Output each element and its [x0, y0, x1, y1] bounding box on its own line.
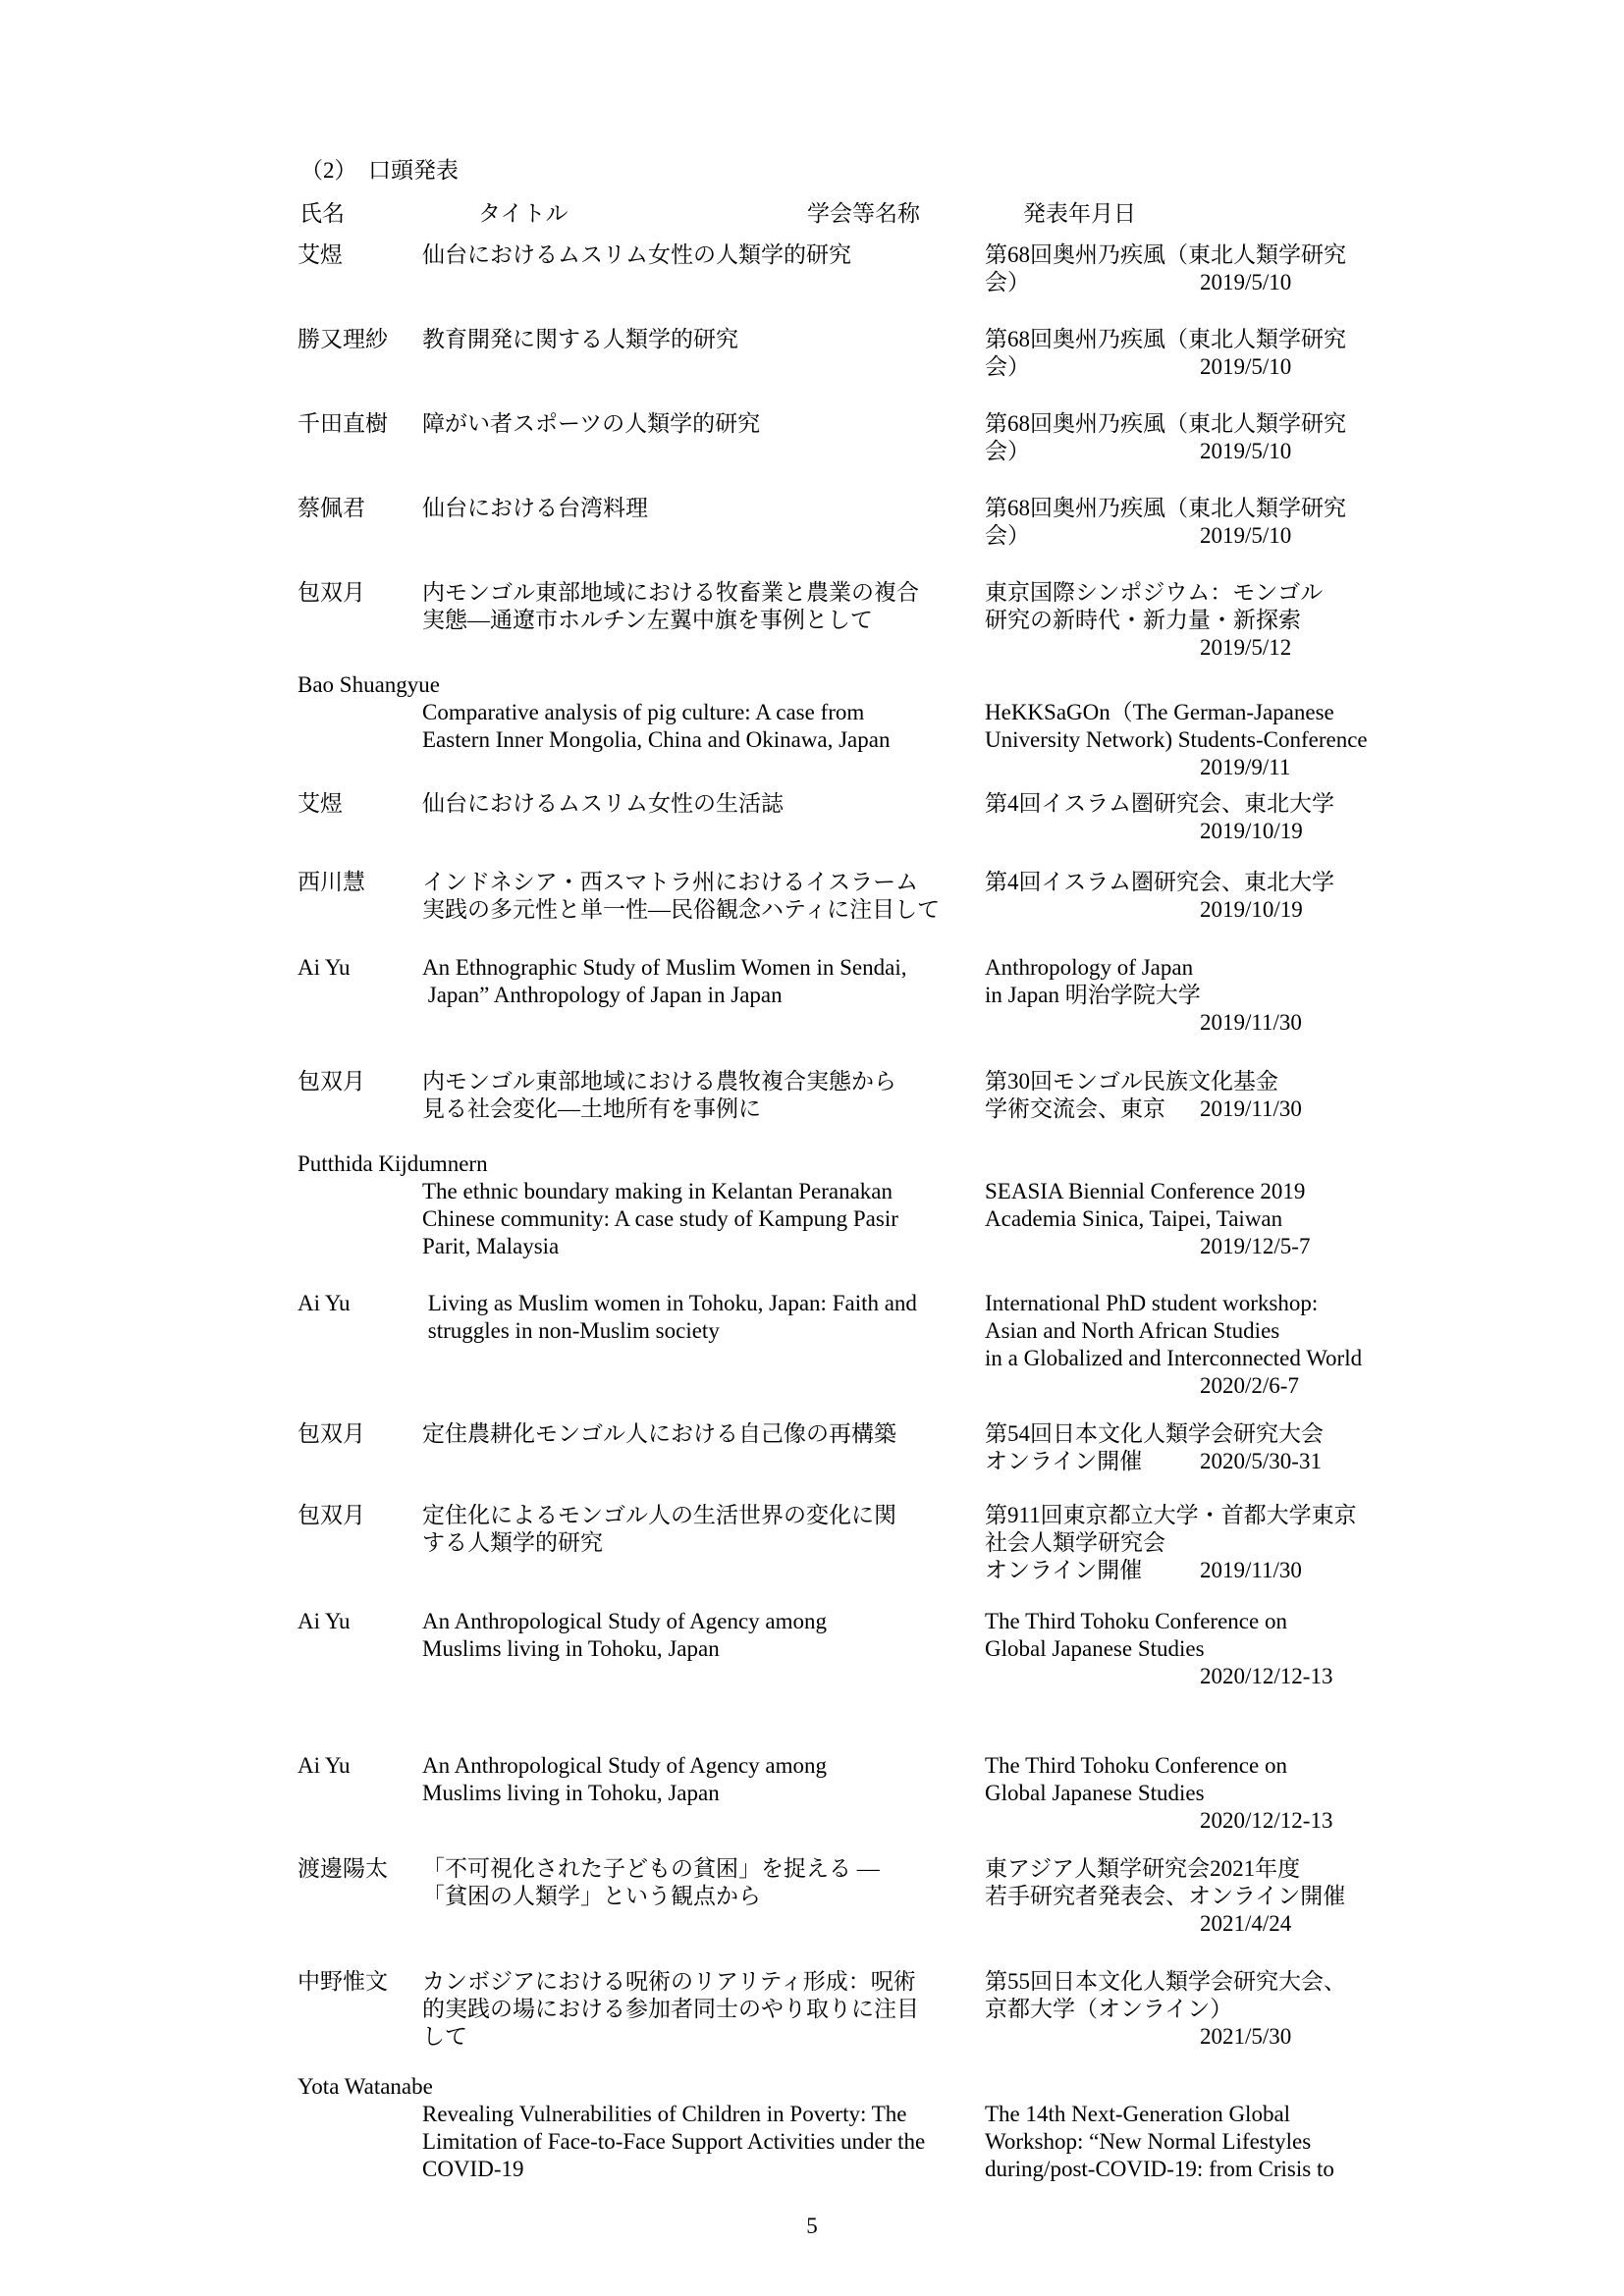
venue-line: Academia Sinica, Taipei, Taiwan: [985, 1205, 1446, 1233]
presenter-name: 包双月: [298, 579, 365, 607]
title-line: 内モンゴル東部地域における牧畜業と農業の複合: [422, 579, 987, 607]
presentation-date: 2020/5/30-31: [1200, 1448, 1322, 1475]
venue-line: SEASIA Biennial Conference 2019: [985, 1178, 1446, 1205]
title-line: 見る社会変化―土地所有を事例に: [422, 1095, 987, 1123]
title-line: The ethnic boundary making in Kelantan P…: [422, 1178, 987, 1205]
title-line: カンボジアにおける呪術のリアリティ形成：呪術: [422, 1968, 987, 1996]
title-cell: Revealing Vulnerabilities of Children in…: [422, 2101, 987, 2183]
venue-line: in a Globalized and Interconnected World: [985, 1345, 1446, 1372]
venue-cell: The Third Tohoku Conference onGlobal Jap…: [985, 1608, 1446, 1690]
venue-line: Anthropology of Japan: [985, 954, 1446, 982]
title-cell: 定住農耕化モンゴル人における自己像の再構築: [422, 1420, 987, 1448]
venue-line: 東アジア人類学研究会2021年度: [985, 1855, 1446, 1883]
title-cell: 障がい者スポーツの人類学的研究: [422, 410, 987, 438]
venue-cell: 第30回モンゴル民族文化基金学術交流会、東京2019/11/30: [985, 1068, 1446, 1123]
presentation-date: 2019/5/10: [1200, 353, 1291, 381]
presentation-date: 2021/4/24: [985, 1910, 1446, 1938]
title-cell: 内モンゴル東部地域における農牧複合実態から見る社会変化―土地所有を事例に: [422, 1068, 987, 1123]
presenter-name: Putthida Kijdumnern: [298, 1150, 488, 1178]
title-line: An Ethnographic Study of Muslim Women in…: [422, 954, 987, 982]
venue-cell: 第55回日本文化人類学会研究大会、京都大学（オンライン）2021/5/30: [985, 1968, 1446, 2051]
venue-line: 会）2019/5/10: [985, 522, 1446, 550]
presentation-date: 2019/9/11: [985, 754, 1446, 781]
venue-cell: Anthropology of Japanin Japan 明治学院大学2019…: [985, 954, 1446, 1037]
title-line: Chinese community: A case study of Kampu…: [422, 1205, 987, 1233]
venue-line: HeKKSaGOn（The German-Japanese: [985, 699, 1446, 726]
title-line: struggles in non-Muslim society: [422, 1317, 987, 1345]
title-cell: 仙台におけるムスリム女性の人類学的研究: [422, 241, 987, 269]
rows-layer: 艾煜 仙台におけるムスリム女性の人類学的研究 第68回奥州乃疾風（東北人類学研究…: [0, 0, 1624, 2296]
presenter-name: Ai Yu: [298, 1608, 350, 1635]
venue-line: 第55回日本文化人類学会研究大会、: [985, 1968, 1446, 1996]
title-cell: カンボジアにおける呪術のリアリティ形成：呪術的実践の場における参加者同士のやり取…: [422, 1968, 987, 2051]
venue-line: Global Japanese Studies: [985, 1635, 1446, 1663]
venue-cell: The Third Tohoku Conference onGlobal Jap…: [985, 1752, 1446, 1835]
venue-cell: 東アジア人類学研究会2021年度若手研究者発表会、オンライン開催2021/4/2…: [985, 1855, 1446, 1938]
venue-line: 第30回モンゴル民族文化基金: [985, 1068, 1446, 1095]
title-line: 仙台におけるムスリム女性の人類学的研究: [422, 241, 987, 269]
title-line: An Anthropological Study of Agency among: [422, 1608, 987, 1635]
title-cell: Living as Muslim women in Tohoku, Japan:…: [422, 1290, 987, 1345]
venue-cell: 第68回奥州乃疾風（東北人類学研究会）2019/5/10: [985, 241, 1446, 296]
presenter-name: Ai Yu: [298, 1752, 350, 1780]
presentation-date: 2019/10/19: [985, 818, 1446, 845]
title-line: 的実践の場における参加者同士のやり取りに注目: [422, 1996, 987, 2023]
venue-cell: 第68回奥州乃疾風（東北人類学研究会）2019/5/10: [985, 410, 1446, 465]
venue-line: オンライン開催2019/11/30: [985, 1557, 1446, 1584]
venue-line: 社会人類学研究会: [985, 1529, 1446, 1557]
venue-line: 京都大学（オンライン）: [985, 1996, 1446, 2023]
venue-line: 東京国際シンポジウム：モンゴル: [985, 579, 1446, 607]
presenter-name: 中野惟文: [298, 1968, 388, 1996]
presenter-name: 千田直樹: [298, 410, 388, 438]
title-cell: 教育開発に関する人類学的研究: [422, 326, 987, 353]
title-line: 教育開発に関する人類学的研究: [422, 326, 987, 353]
venue-line: 第54回日本文化人類学会研究大会: [985, 1420, 1446, 1448]
title-line: Revealing Vulnerabilities of Children in…: [422, 2101, 987, 2128]
title-line: 「不可視化された子どもの貧困」を捉える ―: [422, 1855, 987, 1883]
title-cell: Comparative analysis of pig culture: A c…: [422, 699, 987, 754]
venue-line: 若手研究者発表会、オンライン開催: [985, 1883, 1446, 1910]
presenter-name: Yota Watanabe: [298, 2073, 433, 2101]
venue-cell: 第54回日本文化人類学会研究大会オンライン開催2020/5/30-31: [985, 1420, 1446, 1475]
venue-cell: 第911回東京都立大学・首都大学東京社会人類学研究会オンライン開催2019/11…: [985, 1502, 1446, 1584]
presenter-name: 艾煜: [298, 241, 343, 269]
venue-line: The Third Tohoku Conference on: [985, 1752, 1446, 1780]
venue-line: 第68回奥州乃疾風（東北人類学研究: [985, 410, 1446, 438]
venue-cell: 東京国際シンポジウム：モンゴル研究の新時代・新力量・新探索2019/5/12: [985, 579, 1446, 662]
venue-line: The 14th Next-Generation Global: [985, 2101, 1446, 2128]
presentation-date: 2019/10/19: [985, 896, 1446, 924]
presenter-name: 包双月: [298, 1068, 365, 1095]
presentation-date: 2019/5/10: [1200, 438, 1291, 465]
venue-line: 研究の新時代・新力量・新探索: [985, 607, 1446, 634]
presenter-name: 西川慧: [298, 869, 365, 896]
presenter-name: Ai Yu: [298, 1290, 350, 1317]
presenter-name: 艾煜: [298, 790, 343, 818]
title-line: Limitation of Face-to-Face Support Activ…: [422, 2128, 987, 2156]
title-line: する人類学的研究: [422, 1529, 987, 1557]
presenter-name: 包双月: [298, 1420, 365, 1448]
title-line: Muslims living in Tohoku, Japan: [422, 1635, 987, 1663]
presenter-name: 渡邊陽太: [298, 1855, 388, 1883]
presenter-name: 勝又理紗: [298, 326, 388, 353]
title-cell: インドネシア・西スマトラ州におけるイスラーム実践の多元性と単一性―民俗観念ハティ…: [422, 869, 987, 924]
venue-cell: International PhD student workshop:Asian…: [985, 1290, 1446, 1400]
presenter-name: 蔡佩君: [298, 495, 365, 522]
presenter-name: 包双月: [298, 1502, 365, 1529]
title-line: Parit, Malaysia: [422, 1233, 987, 1260]
venue-cell: 第68回奥州乃疾風（東北人類学研究会）2019/5/10: [985, 326, 1446, 381]
title-line: インドネシア・西スマトラ州におけるイスラーム: [422, 869, 987, 896]
venue-line: 会）2019/5/10: [985, 353, 1446, 381]
title-line: Eastern Inner Mongolia, China and Okinaw…: [422, 726, 987, 754]
venue-line: The Third Tohoku Conference on: [985, 1608, 1446, 1635]
title-cell: 定住化によるモンゴル人の生活世界の変化に関する人類学的研究: [422, 1502, 987, 1557]
title-cell: 仙台における台湾料理: [422, 495, 987, 522]
presentation-date: 2019/5/10: [1200, 269, 1291, 296]
presentation-date: 2021/5/30: [985, 2023, 1446, 2051]
presentation-date: 2019/5/12: [985, 634, 1446, 662]
title-cell: An Anthropological Study of Agency among…: [422, 1752, 987, 1807]
presenter-name: Bao Shuangyue: [298, 671, 440, 699]
venue-line: 第68回奥州乃疾風（東北人類学研究: [985, 326, 1446, 353]
presentation-date: 2020/12/12-13: [985, 1663, 1446, 1690]
title-line: Japan” Anthropology of Japan in Japan: [422, 982, 987, 1009]
title-line: 定住農耕化モンゴル人における自己像の再構築: [422, 1420, 987, 1448]
title-cell: 仙台におけるムスリム女性の生活誌: [422, 790, 987, 818]
venue-line: 第4回イスラム圏研究会、東北大学: [985, 869, 1446, 896]
title-line: COVID-19: [422, 2156, 987, 2183]
venue-line: International PhD student workshop:: [985, 1290, 1446, 1317]
venue-line: Global Japanese Studies: [985, 1780, 1446, 1807]
title-line: 内モンゴル東部地域における農牧複合実態から: [422, 1068, 987, 1095]
presentation-date: 2020/12/12-13: [985, 1807, 1446, 1835]
venue-line: 第911回東京都立大学・首都大学東京: [985, 1502, 1446, 1529]
venue-cell: 第4回イスラム圏研究会、東北大学2019/10/19: [985, 869, 1446, 924]
presenter-name: Ai Yu: [298, 954, 350, 982]
venue-cell: 第68回奥州乃疾風（東北人類学研究会）2019/5/10: [985, 495, 1446, 550]
title-line: 障がい者スポーツの人類学的研究: [422, 410, 987, 438]
title-line: 「貧困の人類学」という観点から: [422, 1883, 987, 1910]
page-number: 5: [0, 2213, 1624, 2240]
venue-cell: SEASIA Biennial Conference 2019Academia …: [985, 1178, 1446, 1260]
venue-line: Workshop: “New Normal Lifestyles: [985, 2128, 1446, 2156]
title-line: Living as Muslim women in Tohoku, Japan:…: [422, 1290, 987, 1317]
title-line: して: [422, 2023, 987, 2051]
title-line: 実態―通遼市ホルチン左翼中旗を事例として: [422, 607, 987, 634]
venue-line: 第4回イスラム圏研究会、東北大学: [985, 790, 1446, 818]
presentation-date: 2019/11/30: [1200, 1095, 1302, 1123]
venue-line: 学術交流会、東京2019/11/30: [985, 1095, 1446, 1123]
venue-line: Asian and North African Studies: [985, 1317, 1446, 1345]
title-cell: An Anthropological Study of Agency among…: [422, 1608, 987, 1663]
title-line: Comparative analysis of pig culture: A c…: [422, 699, 987, 726]
venue-line: during/post-COVID-19: from Crisis to: [985, 2156, 1446, 2183]
title-line: 定住化によるモンゴル人の生活世界の変化に関: [422, 1502, 987, 1529]
venue-cell: The 14th Next-Generation GlobalWorkshop:…: [985, 2101, 1446, 2183]
title-cell: 内モンゴル東部地域における牧畜業と農業の複合実態―通遼市ホルチン左翼中旗を事例と…: [422, 579, 987, 634]
page: （2） 口頭発表 氏名 タイトル 学会等名称 発表年月日 艾煜 仙台におけるムス…: [0, 0, 1624, 2296]
venue-line: University Network) Students-Conference: [985, 726, 1446, 754]
title-cell: The ethnic boundary making in Kelantan P…: [422, 1178, 987, 1260]
venue-line: 会）2019/5/10: [985, 438, 1446, 465]
title-cell: An Ethnographic Study of Muslim Women in…: [422, 954, 987, 1009]
presentation-date: 2019/5/10: [1200, 522, 1291, 550]
venue-line: 第68回奥州乃疾風（東北人類学研究: [985, 241, 1446, 269]
title-line: 実践の多元性と単一性―民俗観念ハティに注目して: [422, 896, 987, 924]
venue-line: 第68回奥州乃疾風（東北人類学研究: [985, 495, 1446, 522]
venue-cell: 第4回イスラム圏研究会、東北大学2019/10/19: [985, 790, 1446, 845]
title-line: Muslims living in Tohoku, Japan: [422, 1780, 987, 1807]
venue-line: in Japan 明治学院大学: [985, 982, 1446, 1009]
title-line: 仙台における台湾料理: [422, 495, 987, 522]
venue-line: 会）2019/5/10: [985, 269, 1446, 296]
venue-line: オンライン開催2020/5/30-31: [985, 1448, 1446, 1475]
presentation-date: 2019/11/30: [1200, 1557, 1302, 1584]
presentation-date: 2019/11/30: [985, 1009, 1446, 1037]
title-cell: 「不可視化された子どもの貧困」を捉える ―「貧困の人類学」という観点から: [422, 1855, 987, 1910]
title-line: 仙台におけるムスリム女性の生活誌: [422, 790, 987, 818]
presentation-date: 2019/12/5-7: [985, 1233, 1446, 1260]
title-line: An Anthropological Study of Agency among: [422, 1752, 987, 1780]
presentation-date: 2020/2/6-7: [985, 1372, 1446, 1400]
venue-cell: HeKKSaGOn（The German-JapaneseUniversity …: [985, 699, 1446, 781]
